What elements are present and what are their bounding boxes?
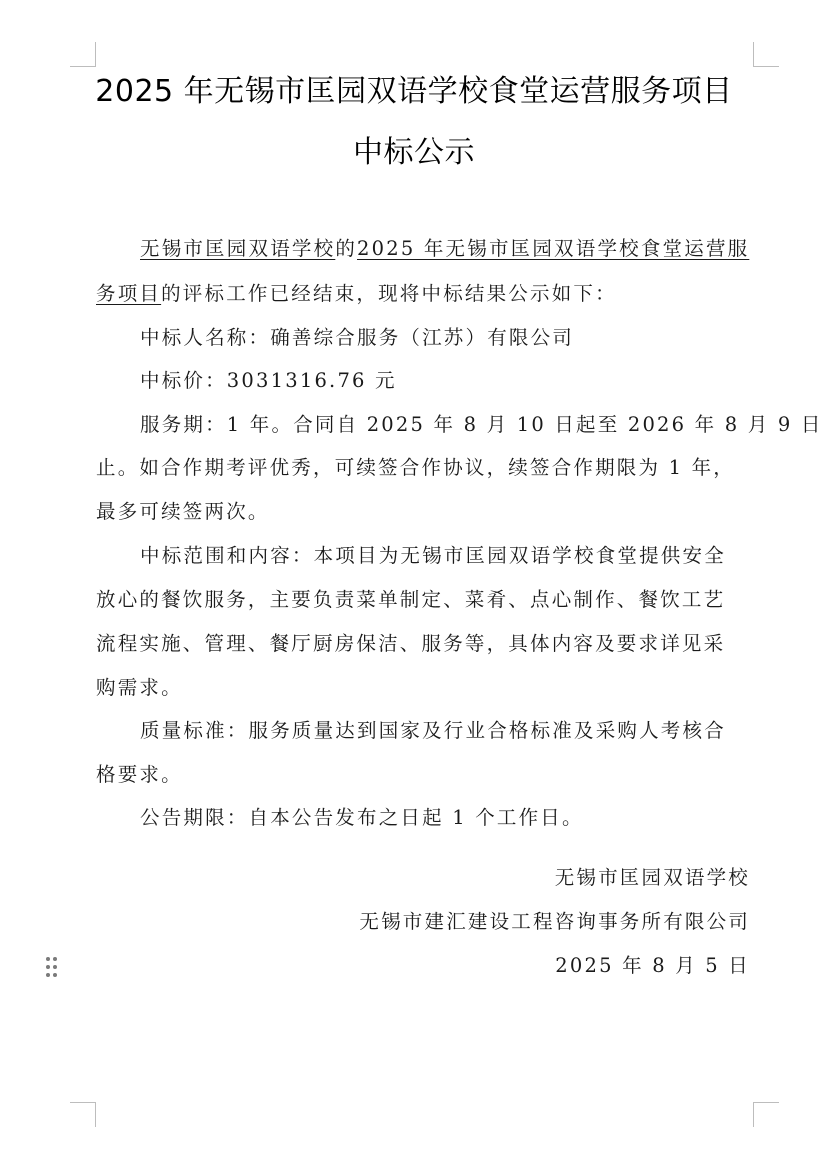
price-line: 中标价：3031316.76 元 [140,365,397,393]
signature-date: 2025 年 8 月 5 日 [555,950,750,978]
project-name-part2: 务项目 [96,282,161,305]
intro-line-1: 无锡市匡园双语学校的2025 年无锡市匡园双语学校食堂运营服 [140,233,749,261]
drag-handle-icon[interactable] [46,957,62,979]
intro-line-2: 务项目的评标工作已经结束，现将中标结果公示如下： [96,278,617,306]
winner-line: 中标人名称：确善综合服务（江苏）有限公司 [140,322,574,350]
scope-line-1: 中标范围和内容：本项目为无锡市匡园双语学校食堂提供安全 [140,540,726,568]
corner-mark-bottom-right-v [753,1102,754,1127]
signature-purchaser: 无锡市匡园双语学校 [555,862,750,890]
project-name-part1: 2025 年无锡市匡园双语学校食堂运营服 [357,237,749,260]
service-period-line-2: 止。如合作期考评优秀，可续签合作协议，续签合作期限为 1 年， [96,452,735,480]
document-title: 2025 年无锡市匡园双语学校食堂运营服务项目 [0,66,828,110]
scope-line-2: 放心的餐饮服务，主要负责菜单制定、菜肴、点心制作、餐饮工艺 [96,584,725,612]
corner-mark-top-right-v [753,42,754,67]
scope-line-3: 流程实施、管理、餐厅厨房保洁、服务等，具体内容及要求详见采 [96,628,725,656]
corner-mark-top-left-v [95,42,96,67]
scope-line-4: 购需求。 [96,672,183,700]
corner-mark-bottom-right-h [753,1102,779,1103]
signature-agency: 无锡市建汇建设工程咨询事务所有限公司 [359,906,750,934]
notice-period-line: 公告期限：自本公告发布之日起 1 个工作日。 [140,802,584,830]
corner-mark-bottom-left-h [70,1102,96,1103]
purchaser-name: 无锡市匡园双语学校 [140,237,335,260]
document-subtitle: 中标公示 [0,127,828,171]
corner-mark-bottom-left-v [95,1102,96,1127]
intro-of: 的 [335,237,357,260]
service-period-line-1: 服务期：1 年。合同自 2025 年 8 月 10 日起至 2026 年 8 月… [140,409,823,437]
intro-rest: 的评标工作已经结束，现将中标结果公示如下： [161,282,617,305]
quality-line-1: 质量标准：服务质量达到国家及行业合格标准及采购人考核合 [140,715,726,743]
quality-line-2: 格要求。 [96,759,183,787]
service-period-line-3: 最多可续签两次。 [96,496,270,524]
